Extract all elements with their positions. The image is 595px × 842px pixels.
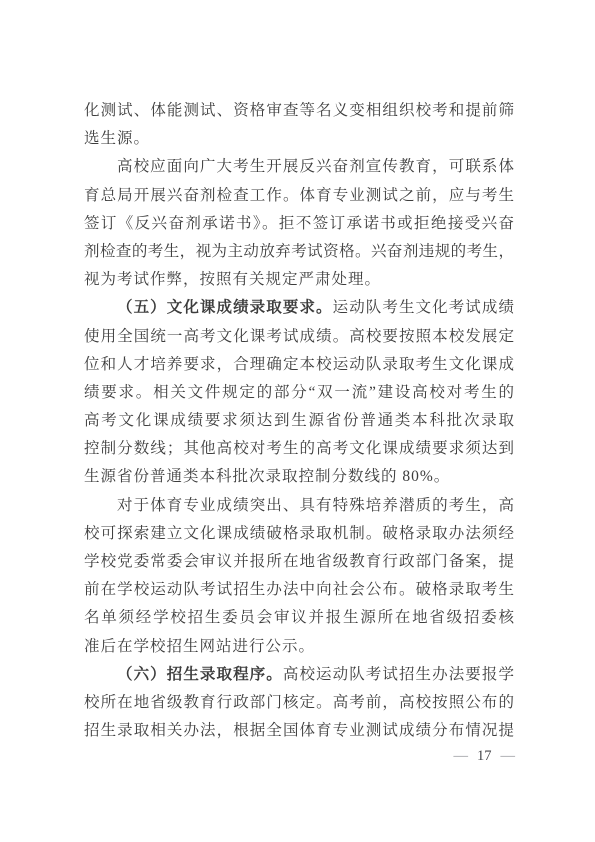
text-run: 使用全国统一高考文化课考试成绩。高校要按照本校发展定 [84, 328, 514, 345]
text-run: 校可探索建立文化课成绩破格录取机制。破格录取办法须经 [84, 525, 514, 542]
text-line: 招生录取相关办法，根据全国体育专业测试成绩分布情况提 [84, 717, 514, 745]
text-run: 视为考试作弊，按照有关规定严肃处理。 [84, 271, 381, 288]
text-run: 学校党委常委会审议并报所在地省级教育行政部门备案，提 [84, 553, 514, 570]
text-run: 位和人才培养要求，合理确定本校运动队录取考生文化课成 [84, 356, 514, 373]
text-line: 高校应面向广大考生开展反兴奋剂宣传教育，可联系体 [84, 153, 514, 181]
text-run: 生源省份普通类本科批次录取控制分数线的 80%。 [84, 468, 450, 485]
text-run: 高校应面向广大考生开展反兴奋剂宣传教育，可联系体 [117, 158, 514, 175]
paragraph: 化测试、体能测试、资格审查等名义变相组织校考和提前筛选生源。 [84, 97, 514, 153]
text-line: 生源省份普通类本科批次录取控制分数线的 80%。 [84, 463, 514, 491]
text-line: 位和人才培养要求，合理确定本校运动队录取考生文化课成 [84, 351, 514, 379]
text-line: （六）招生录取程序。高校运动队考试招生办法要报学 [84, 661, 514, 689]
text-run: 运动队考生文化考试成绩 [333, 299, 514, 316]
page-number: 17 [477, 748, 492, 764]
paragraph: （五）文化课成绩录取要求。运动队考生文化考试成绩使用全国统一高考文化课考试成绩。… [84, 294, 514, 491]
paragraph: （六）招生录取程序。高校运动队考试招生办法要报学校所在地省级教育行政部门核定。高… [84, 661, 514, 746]
text-line: 剂检查的考生，视为主动放弃考试资格。兴奋剂违规的考生， [84, 238, 514, 266]
text-run: 剂检查的考生，视为主动放弃考试资格。兴奋剂违规的考生， [84, 243, 514, 260]
text-line: 控制分数线；其他高校对考生的高考文化课成绩要求须达到 [84, 435, 514, 463]
text-run: 校所在地省级教育行政部门核定。高考前，高校按照公布的 [84, 694, 514, 711]
text-run: 化测试、体能测试、资格审查等名义变相组织校考和提前筛 [84, 102, 514, 119]
text-line: 校可探索建立文化课成绩破格录取机制。破格录取办法须经 [84, 520, 514, 548]
paragraph: 高校应面向广大考生开展反兴奋剂宣传教育，可联系体育总局开展兴奋剂检查工作。体育专… [84, 153, 514, 294]
text-run: 招生录取相关办法，根据全国体育专业测试成绩分布情况提 [84, 722, 514, 739]
text-line: 高考文化课成绩要求须达到生源省份普通类本科批次录取 [84, 407, 514, 435]
text-line: 育总局开展兴奋剂检查工作。体育专业测试之前，应与考生 [84, 182, 514, 210]
text-run: 高考文化课成绩要求须达到生源省份普通类本科批次录取 [84, 412, 514, 429]
page-number-dash-right: — [501, 748, 516, 764]
text-line: 视为考试作弊，按照有关规定严肃处理。 [84, 266, 514, 294]
text-run: 前在学校运动队考试招生办法中向社会公布。破格录取考生 [84, 581, 514, 598]
text-line: 学校党委常委会审议并报所在地省级教育行政部门备案，提 [84, 548, 514, 576]
text-line: 化测试、体能测试、资格审查等名义变相组织校考和提前筛 [84, 97, 514, 125]
document-page: 化测试、体能测试、资格审查等名义变相组织校考和提前筛选生源。高校应面向广大考生开… [0, 0, 595, 842]
text-line: 签订《反兴奋剂承诺书》。拒不签订承诺书或拒绝接受兴奋 [84, 210, 514, 238]
text-run: 名单须经学校招生委员会审议并报生源所在地省级招委核 [84, 609, 514, 626]
text-line: 准后在学校招生网站进行公示。 [84, 633, 514, 661]
text-line: 选生源。 [84, 125, 514, 153]
document-body: 化测试、体能测试、资格审查等名义变相组织校考和提前筛选生源。高校应面向广大考生开… [84, 97, 514, 745]
text-run: 签订《反兴奋剂承诺书》。拒不签订承诺书或拒绝接受兴奋 [84, 215, 514, 232]
section-heading-run: （五）文化课成绩录取要求。 [117, 299, 333, 316]
text-run: 选生源。 [84, 130, 150, 147]
page-number-dash-left: — [454, 748, 469, 764]
text-run: 控制分数线；其他高校对考生的高考文化课成绩要求须达到 [84, 440, 514, 457]
text-run: 准后在学校招生网站进行公示。 [84, 638, 315, 655]
text-line: （五）文化课成绩录取要求。运动队考生文化考试成绩 [84, 294, 514, 322]
paragraph: 对于体育专业成绩突出、具有特殊培养潜质的考生，高校可探索建立文化课成绩破格录取机… [84, 492, 514, 661]
text-line: 校所在地省级教育行政部门核定。高考前，高校按照公布的 [84, 689, 514, 717]
text-line: 名单须经学校招生委员会审议并报生源所在地省级招委核 [84, 604, 514, 632]
text-line: 前在学校运动队考试招生办法中向社会公布。破格录取考生 [84, 576, 514, 604]
page-footer: —17— [454, 747, 516, 765]
text-run: 高校运动队考试招生办法要报学 [283, 666, 514, 683]
text-run: 对于体育专业成绩突出、具有特殊培养潜质的考生，高 [117, 497, 514, 514]
text-run: 绩要求。相关文件规定的部分“双一流”建设高校对考生的 [84, 384, 514, 401]
text-line: 使用全国统一高考文化课考试成绩。高校要按照本校发展定 [84, 323, 514, 351]
text-run: 育总局开展兴奋剂检查工作。体育专业测试之前，应与考生 [84, 187, 514, 204]
text-line: 对于体育专业成绩突出、具有特殊培养潜质的考生，高 [84, 492, 514, 520]
text-line: 绩要求。相关文件规定的部分“双一流”建设高校对考生的 [84, 379, 514, 407]
section-heading-run: （六）招生录取程序。 [117, 666, 283, 683]
